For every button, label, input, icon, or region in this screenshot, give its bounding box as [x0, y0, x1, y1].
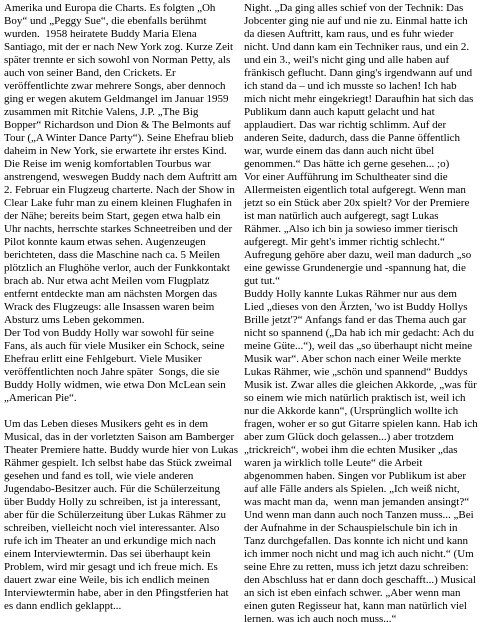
paragraph-technik-panne: Night. „Da ging alles schief von der Tec…: [244, 2, 478, 171]
paragraph-musik-tanz: Buddy Holly kannte Lukas Rähmer nur aus …: [244, 288, 478, 622]
paragraph-aufregung: Vor einer Aufführung im Schultheater sin…: [244, 171, 478, 288]
paragraph-charts-crash: Amerika und Europa die Charts. Es folgte…: [4, 2, 238, 327]
document-page: Amerika und Europa die Charts. Es folgte…: [0, 0, 480, 622]
paragraph-musical-interview: Um das Leben dieses Musikers geht es in …: [4, 418, 238, 613]
text-column-left: Amerika und Europa die Charts. Es folgte…: [4, 2, 238, 613]
paragraph-holly-death: Der Tod von Buddy Holly war sowohl für s…: [4, 327, 238, 405]
text-column-right: Night. „Da ging alles schief von der Tec…: [244, 2, 478, 622]
